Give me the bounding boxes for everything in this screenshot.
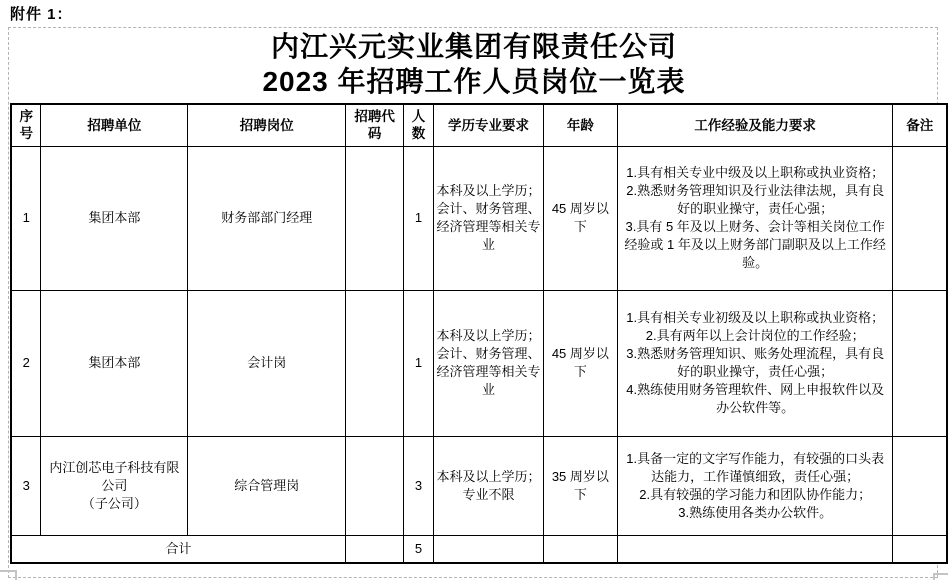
page-boundary-mark-left: [0, 570, 17, 580]
total-remark-cell: [893, 535, 947, 563]
cell-count: 3: [404, 436, 434, 535]
page-title-line2: 2023 年招聘工作人员岗位一览表: [8, 64, 940, 99]
table-row: 3 内江创芯电子科技有限公司 （子公司） 综合管理岗 3 本科及以上学历；专业不…: [11, 436, 947, 535]
total-education-cell: [434, 535, 544, 563]
cell-count: 1: [404, 290, 434, 436]
cell-code: [346, 290, 404, 436]
page-boundary-mark-right: [933, 573, 948, 580]
cell-count: 1: [404, 146, 434, 290]
column-header-count: 人数: [404, 104, 434, 146]
cell-seq: 1: [11, 146, 41, 290]
cell-education: 本科及以上学历；会计、财务管理、经济管理等相关专业: [434, 146, 544, 290]
total-row: 合计 5: [11, 535, 947, 563]
attachment-label: 附件 1：: [10, 3, 73, 24]
cell-remark: [893, 436, 947, 535]
cell-code: [346, 146, 404, 290]
total-age-cell: [543, 535, 617, 563]
total-experience-cell: [617, 535, 893, 563]
cell-seq: 2: [11, 290, 41, 436]
cell-age: 35 周岁以下: [543, 436, 617, 535]
column-header-remark: 备注: [893, 104, 947, 146]
cell-position: 会计岗: [188, 290, 346, 436]
cell-age: 45 周岁以下: [543, 146, 617, 290]
column-header-code: 招聘代码: [346, 104, 404, 146]
header-row: 序号 招聘单位 招聘岗位 招聘代码 人数 学历专业要求 年龄 工作经验及能力要求…: [11, 104, 947, 146]
positions-table: 序号 招聘单位 招聘岗位 招聘代码 人数 学历专业要求 年龄 工作经验及能力要求…: [10, 103, 948, 564]
column-header-age: 年龄: [543, 104, 617, 146]
column-header-education: 学历专业要求: [434, 104, 544, 146]
cell-unit: 集团本部: [41, 290, 188, 436]
cell-seq: 3: [11, 436, 41, 535]
cell-remark: [893, 290, 947, 436]
cell-unit: 集团本部: [41, 146, 188, 290]
cell-experience: 1.具有相关专业中级及以上职称或执业资格； 2.熟悉财务管理知识及行业法律法规，…: [617, 146, 893, 290]
total-code-cell: [346, 535, 404, 563]
column-header-position: 招聘岗位: [188, 104, 346, 146]
cell-education: 本科及以上学历；会计、财务管理、经济管理等相关专业: [434, 290, 544, 436]
table-row: 1 集团本部 财务部部门经理 1 本科及以上学历；会计、财务管理、经济管理等相关…: [11, 146, 947, 290]
column-header-experience: 工作经验及能力要求: [617, 104, 893, 146]
cell-position: 财务部部门经理: [188, 146, 346, 290]
cell-code: [346, 436, 404, 535]
cell-experience: 1.具有相关专业初级及以上职称或执业资格； 2.具有两年以上会计岗位的工作经验；…: [617, 290, 893, 436]
cell-remark: [893, 146, 947, 290]
cell-position: 综合管理岗: [188, 436, 346, 535]
table-row: 2 集团本部 会计岗 1 本科及以上学历；会计、财务管理、经济管理等相关专业 4…: [11, 290, 947, 436]
total-count-cell: 5: [404, 535, 434, 563]
cell-unit: 内江创芯电子科技有限公司 （子公司）: [41, 436, 188, 535]
column-header-unit: 招聘单位: [41, 104, 188, 146]
cell-education: 本科及以上学历；专业不限: [434, 436, 544, 535]
total-label-cell: 合计: [11, 535, 346, 563]
document-page: 附件 1： 内江兴元实业集团有限责任公司 2023 年招聘工作人员岗位一览表 序…: [0, 0, 948, 580]
cell-experience: 1.具备一定的文字写作能力，有较强的口头表达能力，工作谨慎细致，责任心强； 2.…: [617, 436, 893, 535]
column-header-seq: 序号: [11, 104, 41, 146]
page-title: 内江兴元实业集团有限责任公司 2023 年招聘工作人员岗位一览表: [8, 29, 940, 99]
cell-age: 45 周岁以下: [543, 290, 617, 436]
page-title-line1: 内江兴元实业集团有限责任公司: [8, 29, 940, 64]
